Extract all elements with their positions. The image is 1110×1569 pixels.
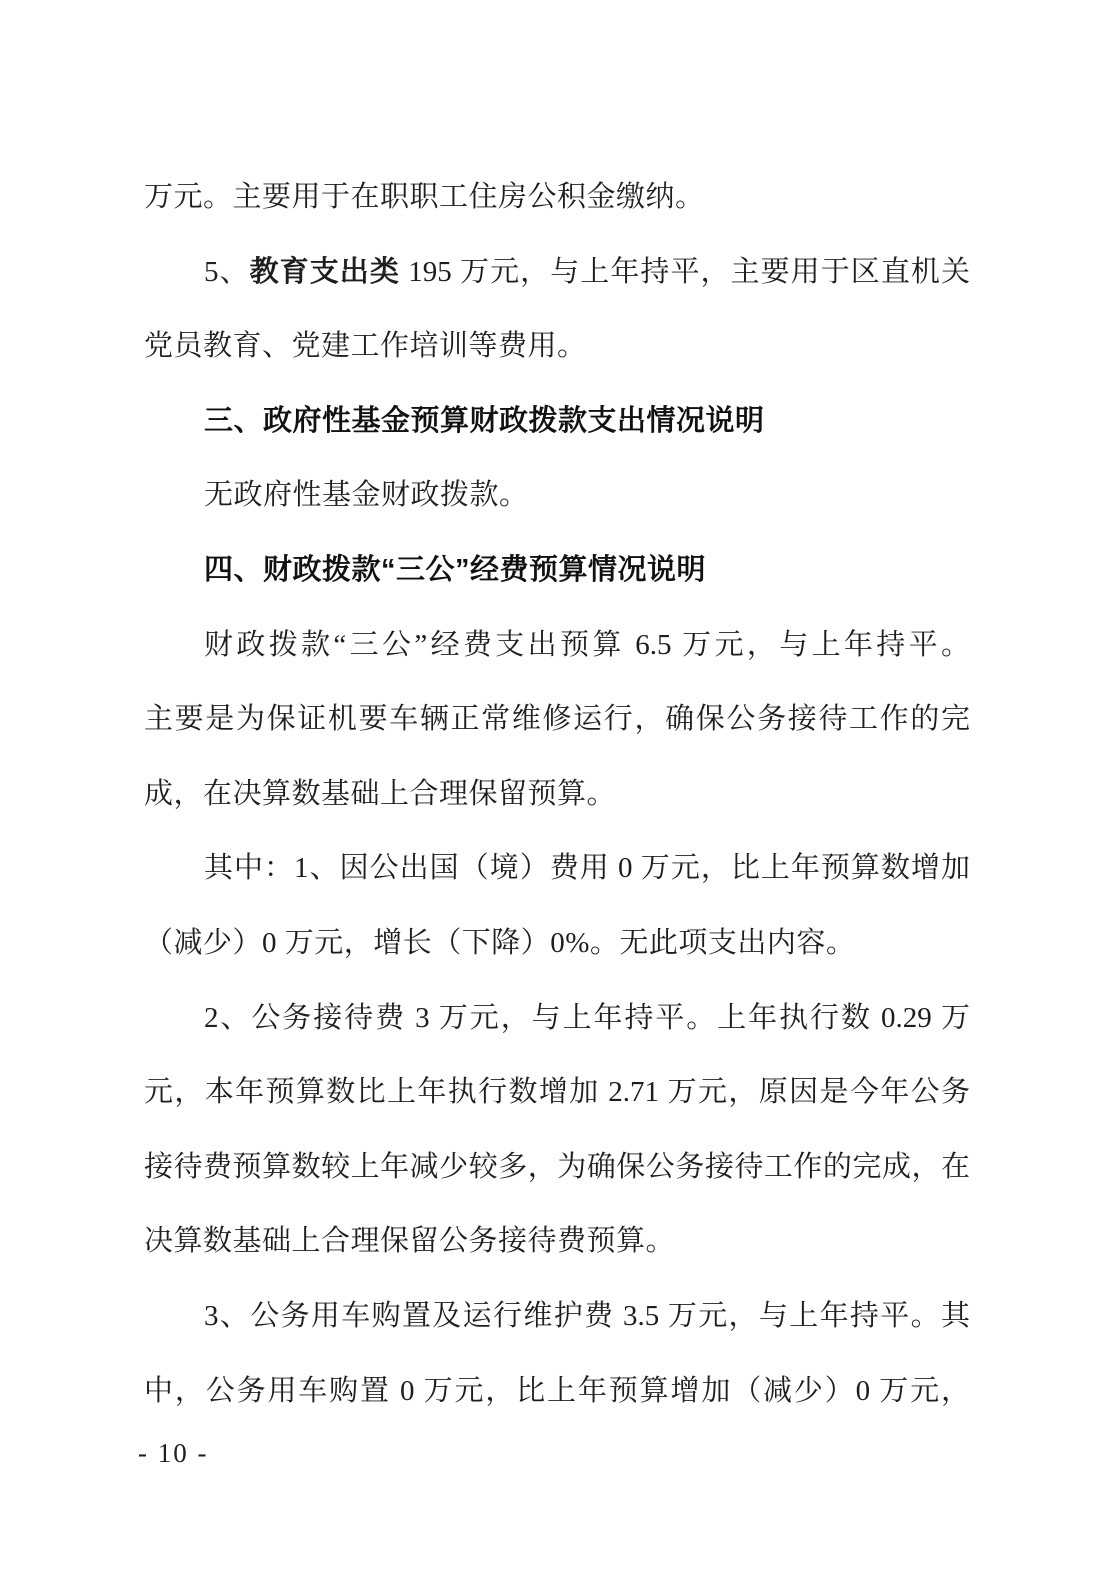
text-segment: （减少）0 万元，增长（下降）0%。无此项支出内容。 <box>144 927 855 959</box>
section-heading: 三、政府性基金预算财政拨款支出情况说明 <box>144 384 970 459</box>
bold-text-segment: 三、政府性基金预算财政拨款支出情况说明 <box>204 405 765 437</box>
body-line: 无政府性基金财政拨款。 <box>144 458 970 533</box>
text-segment: 决算数基础上合理保留公务接待费预算。 <box>144 1225 675 1257</box>
text-segment: 元，本年预算数比上年执行数增加 2.71 万元，原因是今年公务 <box>144 1076 970 1108</box>
body-line: 2、公务接待费 3 万元，与上年持平。上年执行数 0.29 万 <box>144 981 970 1056</box>
text-segment: 接待费预算数较上年减少较多，为确保公务接待工作的完成，在 <box>144 1151 970 1183</box>
body-line: 党员教育、党建工作培训等费用。 <box>144 309 970 384</box>
text-segment: 成，在决算数基础上合理保留预算。 <box>144 778 616 810</box>
body-line: 成，在决算数基础上合理保留预算。 <box>144 757 970 832</box>
body-line: 万元。主要用于在职职工住房公积金缴纳。 <box>144 160 970 235</box>
body-line: 接待费预算数较上年减少较多，为确保公务接待工作的完成，在 <box>144 1130 970 1205</box>
body-line: 5、教育支出类 195 万元，与上年持平，主要用于区直机关 <box>144 235 970 310</box>
body-line: 元，本年预算数比上年执行数增加 2.71 万元，原因是今年公务 <box>144 1055 970 1130</box>
text-segment: 3、公务用车购置及运行维护费 3.5 万元，与上年持平。其 <box>204 1300 970 1332</box>
text-segment: 2、公务接待费 3 万元，与上年持平。上年执行数 0.29 万 <box>204 1002 970 1034</box>
document-page: 万元。主要用于在职职工住房公积金缴纳。5、教育支出类 195 万元，与上年持平，… <box>0 0 1110 1569</box>
body-line: 3、公务用车购置及运行维护费 3.5 万元，与上年持平。其 <box>144 1279 970 1354</box>
body-line: 财政拨款“三公”经费支出预算 6.5 万元，与上年持平。 <box>144 608 970 683</box>
text-segment: 万元。主要用于在职职工住房公积金缴纳。 <box>144 181 705 213</box>
text-segment: 5、 <box>204 256 250 288</box>
text-segment: 195 万元，与上年持平，主要用于区直机关 <box>400 256 970 288</box>
section-heading: 四、财政拨款“三公”经费预算情况说明 <box>144 533 970 608</box>
text-segment: 无政府性基金财政拨款。 <box>204 479 529 511</box>
body-line: （减少）0 万元，增长（下降）0%。无此项支出内容。 <box>144 906 970 981</box>
document-body: 万元。主要用于在职职工住房公积金缴纳。5、教育支出类 195 万元，与上年持平，… <box>144 160 970 1428</box>
bold-text-segment: 四、财政拨款“三公”经费预算情况说明 <box>204 554 706 586</box>
body-line: 主要是为保证机要车辆正常维修运行，确保公务接待工作的完 <box>144 682 970 757</box>
text-segment: 财政拨款“三公”经费支出预算 6.5 万元，与上年持平。 <box>204 629 970 661</box>
body-line: 决算数基础上合理保留公务接待费预算。 <box>144 1204 970 1279</box>
body-line: 中，公务用车购置 0 万元，比上年预算增加（减少）0 万元， <box>144 1354 970 1429</box>
text-segment: 主要是为保证机要车辆正常维修运行，确保公务接待工作的完 <box>144 703 970 735</box>
bold-text-segment: 教育支出类 <box>250 256 400 288</box>
text-segment: 中，公务用车购置 0 万元，比上年预算增加（减少）0 万元， <box>144 1375 970 1407</box>
page-number: - 10 - <box>138 1437 208 1469</box>
text-segment: 其中：1、因公出国（境）费用 0 万元，比上年预算数增加 <box>204 852 970 884</box>
text-segment: 党员教育、党建工作培训等费用。 <box>144 330 587 362</box>
body-line: 其中：1、因公出国（境）费用 0 万元，比上年预算数增加 <box>144 831 970 906</box>
